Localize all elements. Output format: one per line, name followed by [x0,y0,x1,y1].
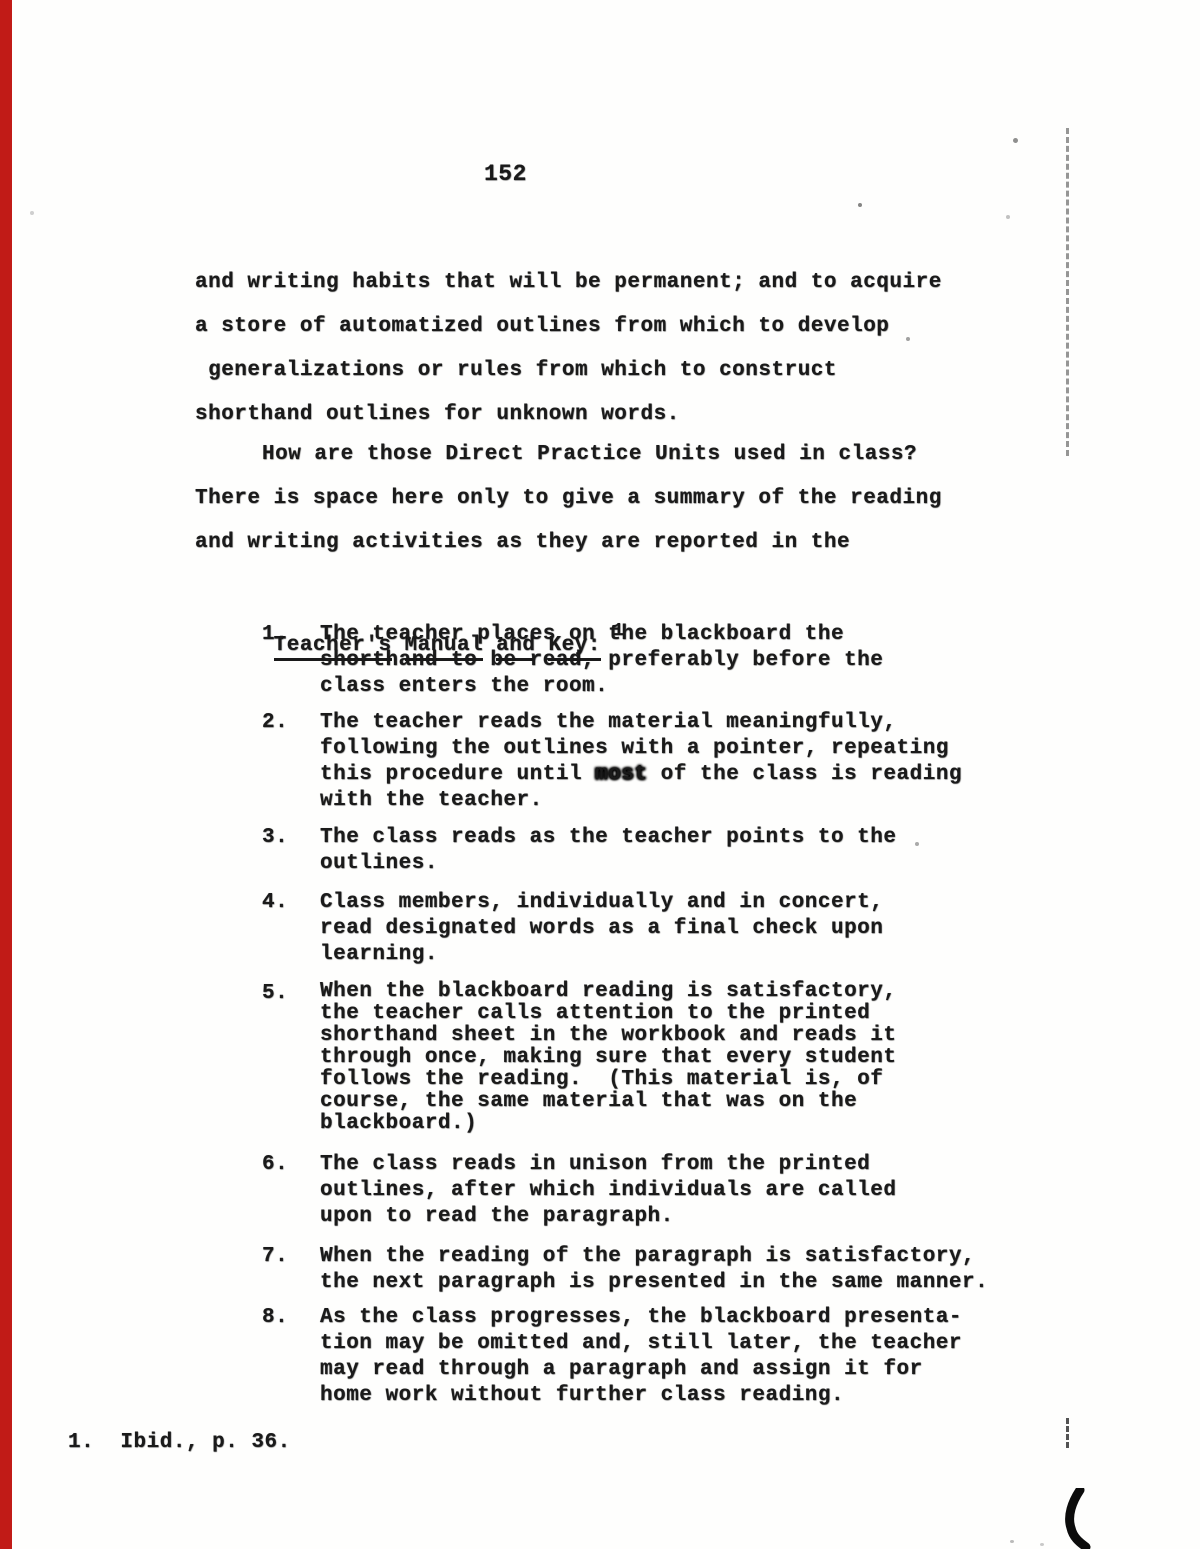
list-item-text: When the blackboard reading is satisfact… [320,981,897,1135]
overstruck-word: most [595,763,647,786]
text-line: and writing activities as they are repor… [195,521,942,565]
text-line: read designated words as a final check u… [320,916,883,942]
text-line: How are those Direct Practice Units used… [195,433,942,477]
list-item-1: 1. The teacher places on the blackboard … [262,622,883,700]
text-line: The class reads in unison from the print… [320,1152,897,1178]
text-line: upon to read the paragraph. [320,1204,897,1230]
list-item-3: 3. The class reads as the teacher points… [262,825,897,877]
text-line: course, the same material that was on th… [320,1091,897,1113]
list-item-5: 5. When the blackboard reading is satisf… [262,981,897,1135]
list-item-text: As the class progresses, the blackboard … [320,1305,962,1409]
text-line: through once, making sure that every stu… [320,1047,897,1069]
list-item-number: 2. [262,710,320,736]
text-line: follows the reading. (This material is, … [320,1069,897,1091]
list-item-text: The class reads as the teacher points to… [320,825,897,877]
list-item-text: The teacher places on the blackboard the… [320,622,883,700]
scan-artifact [906,337,910,341]
text-line: blackboard.) [320,1113,897,1135]
list-item-number: 8. [262,1305,320,1331]
list-item-number: 7. [262,1244,320,1270]
page-edge-strip [0,0,12,1549]
text-line: shorthand outlines for unknown words. [195,393,942,437]
list-item-number: 5. [262,981,320,1007]
text-line: tion may be omitted and, still later, th… [320,1331,962,1357]
text-line: the teacher calls attention to the print… [320,1003,897,1025]
scan-artifact [1010,1540,1014,1543]
text-line: learning. [320,942,883,968]
scanned-document-page: 152 and writing habits that will be perm… [0,0,1200,1549]
text-line: the next paragraph is presented in the s… [320,1270,988,1296]
text-line: and writing habits that will be permanen… [195,261,942,305]
scan-artifact [1056,1488,1092,1549]
text-line: generalizations or rules from which to c… [195,349,942,393]
text-line: As the class progresses, the blackboard … [320,1305,962,1331]
scan-artifact [1006,215,1010,219]
scan-artifact [1040,1543,1044,1546]
underlined-title-line: Teacher'sManualandKey:1 [195,565,942,609]
text-line: When the blackboard reading is satisfact… [320,981,897,1003]
footnote: 1. Ibid., p. 36. [68,1430,291,1456]
list-item-number: 4. [262,890,320,916]
scan-artifact [1013,138,1018,143]
list-item-2: 2. The teacher reads the material meanin… [262,710,962,814]
list-item-number: 1. [262,622,320,648]
list-item-7: 7. When the reading of the paragraph is … [262,1244,988,1296]
text-line: The teacher places on the blackboard the [320,622,883,648]
text-line: home work without further class reading. [320,1383,962,1409]
scan-artifact [858,203,862,207]
paragraph-1: and writing habits that will be permanen… [195,261,942,437]
list-item-text: Class members, individually and in conce… [320,890,883,968]
text-line: this procedure until most of the class i… [320,762,962,788]
text-line: The class reads as the teacher points to… [320,825,897,851]
text-line: following the outlines with a pointer, r… [320,736,962,762]
text-line: shorthand sheet in the workbook and read… [320,1025,897,1047]
text-line: a store of automatized outlines from whi… [195,305,942,349]
page-number: 152 [484,161,527,187]
list-item-number: 6. [262,1152,320,1178]
text-line: with the teacher. [320,788,962,814]
list-item-text: The class reads in unison from the print… [320,1152,897,1230]
text-line: outlines. [320,851,897,877]
text-line: When the reading of the paragraph is sat… [320,1244,988,1270]
list-item-6: 6. The class reads in unison from the pr… [262,1152,897,1230]
scan-artifact [1066,1418,1069,1448]
list-item-number: 3. [262,825,320,851]
scan-artifact [30,211,34,215]
text-line: The teacher reads the material meaningfu… [320,710,962,736]
scan-artifact [1066,128,1069,456]
list-item-text: The teacher reads the material meaningfu… [320,710,962,814]
list-item-4: 4. Class members, individually and in co… [262,890,883,968]
text-line: There is space here only to give a summa… [195,477,942,521]
text-line: Class members, individually and in conce… [320,890,883,916]
text-line: class enters the room. [320,674,883,700]
text-line: may read through a paragraph and assign … [320,1357,962,1383]
scan-artifact [915,842,919,846]
list-item-8: 8. As the class progresses, the blackboa… [262,1305,962,1409]
text-line: shorthand to be read, preferably before … [320,648,883,674]
text-line: outlines, after which individuals are ca… [320,1178,897,1204]
list-item-text: When the reading of the paragraph is sat… [320,1244,988,1296]
paragraph-2: How are those Direct Practice Units used… [195,433,942,609]
